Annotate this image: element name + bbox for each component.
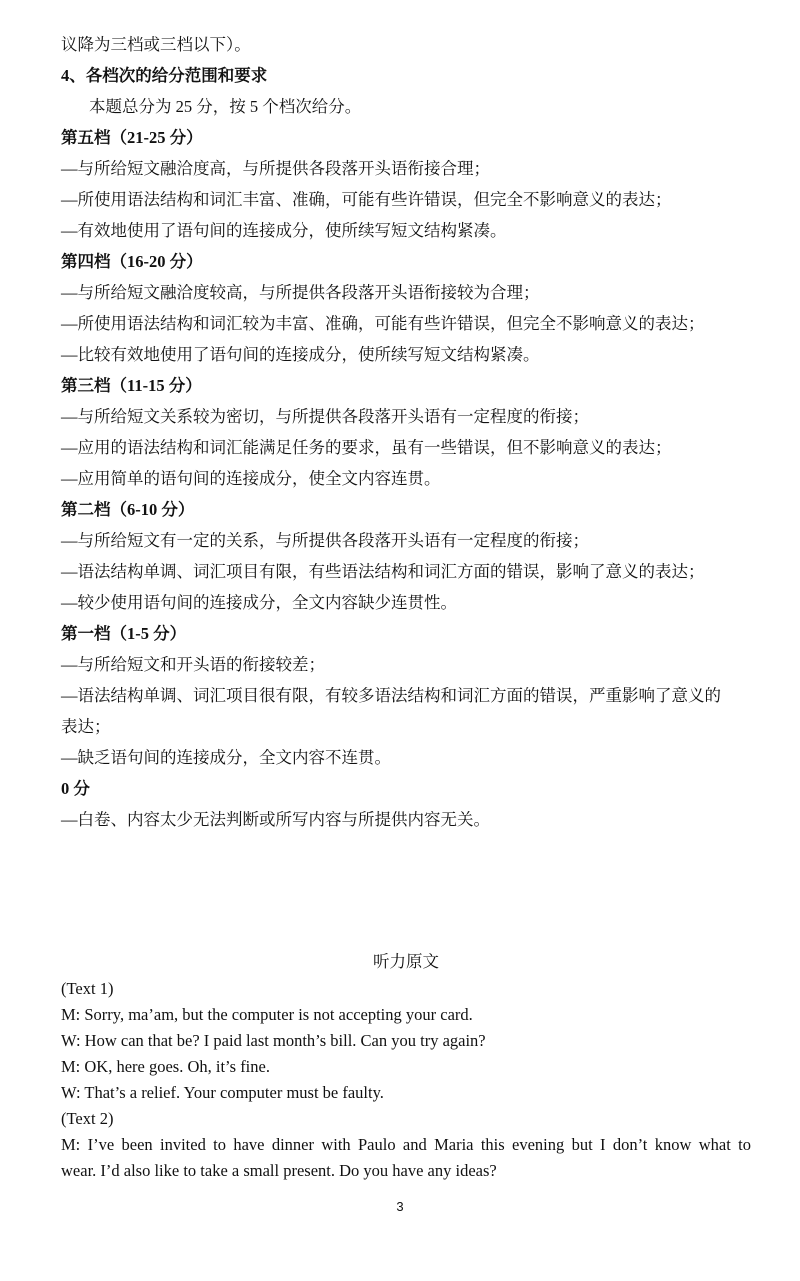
tier-criterion: —所使用语法结构和词汇较为丰富、准确，可能有些许错误，但完全不影响意义的表达； [61, 314, 705, 334]
tier-criterion: —所使用语法结构和词汇丰富、准确，可能有些许错误，但完全不影响意义的表达； [61, 190, 672, 210]
tier-title: 第二档（6-10 分） [61, 500, 194, 520]
text-label: (Text 2) [61, 1109, 113, 1129]
tier-criterion: —缺乏语句间的连接成分，全文内容不连贯。 [61, 748, 391, 768]
tier-title: 第五档（21-25 分） [61, 128, 203, 148]
tier-criterion: —与所给短文关系较为密切，与所提供各段落开头语有一定程度的衔接； [61, 407, 589, 427]
dialogue-line: W: That’s a relief. Your computer must b… [61, 1083, 384, 1103]
tier-criterion: —应用的语法结构和词汇能满足任务的要求，虽有一些错误，但不影响意义的表达； [61, 438, 672, 458]
tier-criterion: —比较有效地使用了语句间的连接成分，使所续写短文结构紧凑。 [61, 345, 540, 365]
tier-criterion: —较少使用语句间的连接成分，全文内容缺少连贯性。 [61, 593, 457, 613]
tier-criterion: —与所给短文融洽度高，与所提供各段落开头语衔接合理； [61, 159, 490, 179]
text-label: (Text 1) [61, 979, 113, 999]
tier-criterion: —语法结构单调、词汇项目有限，有些语法结构和词汇方面的错误，影响了意义的表达； [61, 562, 705, 582]
tier-criterion: —有效地使用了语句间的连接成分，使所续写短文结构紧凑。 [61, 221, 507, 241]
tier-criterion: —与所给短文有一定的关系，与所提供各段落开头语有一定程度的衔接； [61, 531, 589, 551]
tier-criterion-continuation: 表达； [61, 717, 111, 737]
tier-title: 第三档（11-15 分） [61, 376, 202, 396]
listening-title: 听力原文 [61, 952, 751, 972]
tier-criterion: —应用简单的语句间的连接成分，使全文内容连贯。 [61, 469, 441, 489]
dialogue-line: M: Sorry, ma’am, but the computer is not… [61, 1005, 473, 1025]
section-intro: 本题总分为 25 分，按 5 个档次给分。 [89, 97, 361, 117]
tier-criterion: —白卷、内容太少无法判断或所写内容与所提供内容无关。 [61, 810, 490, 830]
dialogue-line: W: How can that be? I paid last month’s … [61, 1031, 486, 1051]
dialogue-line-continuation: wear. I’d also like to take a small pres… [61, 1161, 497, 1181]
tier-title: 第四档（16-20 分） [61, 252, 203, 272]
page-number: 3 [0, 1199, 800, 1215]
tier-criterion: —语法结构单调、词汇项目很有限，有较多语法结构和词汇方面的错误，严重影响了意义的 [61, 686, 721, 706]
dialogue-line: M: I’ve been invited to have dinner with… [61, 1135, 751, 1155]
intro-continuation: 议降为三档或三档以下）。 [61, 35, 251, 55]
tier-criterion: —与所给短文融洽度较高，与所提供各段落开头语衔接较为合理； [61, 283, 540, 303]
dialogue-line: M: OK, here goes. Oh, it’s fine. [61, 1057, 270, 1077]
tier-criterion: —与所给短文和开头语的衔接较差； [61, 655, 325, 675]
tier-title: 0 分 [61, 779, 90, 799]
tier-title: 第一档（1-5 分） [61, 624, 186, 644]
section-heading: 4、各档次的给分范围和要求 [61, 66, 267, 86]
